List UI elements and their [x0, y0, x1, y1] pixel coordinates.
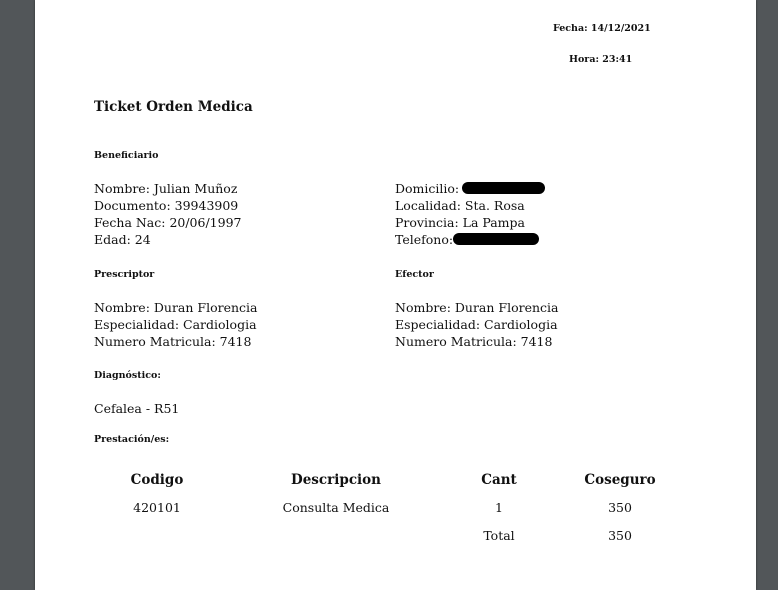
table-cell-coseguro: 350: [550, 500, 690, 515]
beneficiario-fecha-nac: Fecha Nac: 20/06/1997: [94, 214, 242, 231]
prescriptor-matricula: Numero Matricula: 7418: [94, 333, 257, 350]
beneficiario-right-block: Domicilio: Localidad: Sta. Rosa Provinci…: [395, 180, 545, 248]
beneficiario-domicilio: Domicilio:: [395, 180, 545, 197]
beneficiario-nombre: Nombre: Julian Muñoz: [94, 180, 242, 197]
efector-heading: Efector: [395, 269, 434, 280]
efector-block: Nombre: Duran Florencia Especialidad: Ca…: [395, 299, 558, 350]
domicilio-redacted: [462, 182, 545, 194]
prescriptor-especialidad: Especialidad: Cardiologia: [94, 316, 257, 333]
beneficiario-heading: Beneficiario: [94, 150, 158, 161]
column-header-coseguro: Coseguro: [550, 472, 690, 488]
beneficiario-localidad: Localidad: Sta. Rosa: [395, 197, 545, 214]
domicilio-label: Domicilio:: [395, 181, 459, 196]
column-header-cant: Cant: [429, 472, 569, 488]
prescriptor-heading: Prescriptor: [94, 269, 154, 280]
efector-nombre: Nombre: Duran Florencia: [395, 299, 558, 316]
diagnostico-value: Cefalea - R51: [94, 400, 179, 417]
telefono-label: Telefono:: [395, 232, 453, 247]
prestaciones-heading: Prestación/es:: [94, 434, 169, 445]
beneficiario-telefono: Telefono:: [395, 231, 545, 248]
beneficiario-edad: Edad: 24: [94, 231, 242, 248]
column-header-descripcion: Descripcion: [266, 472, 406, 488]
prescriptor-block: Nombre: Duran Florencia Especialidad: Ca…: [94, 299, 257, 350]
efector-matricula: Numero Matricula: 7418: [395, 333, 558, 350]
document-page: Fecha: 14/12/2021 Hora: 23:41 Ticket Ord…: [35, 0, 756, 590]
date-label: Fecha: 14/12/2021: [553, 23, 651, 34]
efector-especialidad: Especialidad: Cardiologia: [395, 316, 558, 333]
column-header-codigo: Codigo: [87, 472, 227, 488]
table-cell-codigo: 420101: [87, 500, 227, 515]
beneficiario-left-block: Nombre: Julian Muñoz Documento: 39943909…: [94, 180, 242, 248]
table-cell-descripcion: Consulta Medica: [266, 500, 406, 515]
telefono-redacted: [453, 233, 539, 245]
time-label: Hora: 23:41: [569, 54, 632, 65]
beneficiario-documento: Documento: 39943909: [94, 197, 242, 214]
total-label: Total: [429, 528, 569, 543]
beneficiario-provincia: Provincia: La Pampa: [395, 214, 545, 231]
total-value: 350: [550, 528, 690, 543]
diagnostico-heading: Diagnóstico:: [94, 370, 161, 381]
prescriptor-nombre: Nombre: Duran Florencia: [94, 299, 257, 316]
table-cell-cant: 1: [429, 500, 569, 515]
page-title: Ticket Orden Medica: [94, 99, 253, 115]
